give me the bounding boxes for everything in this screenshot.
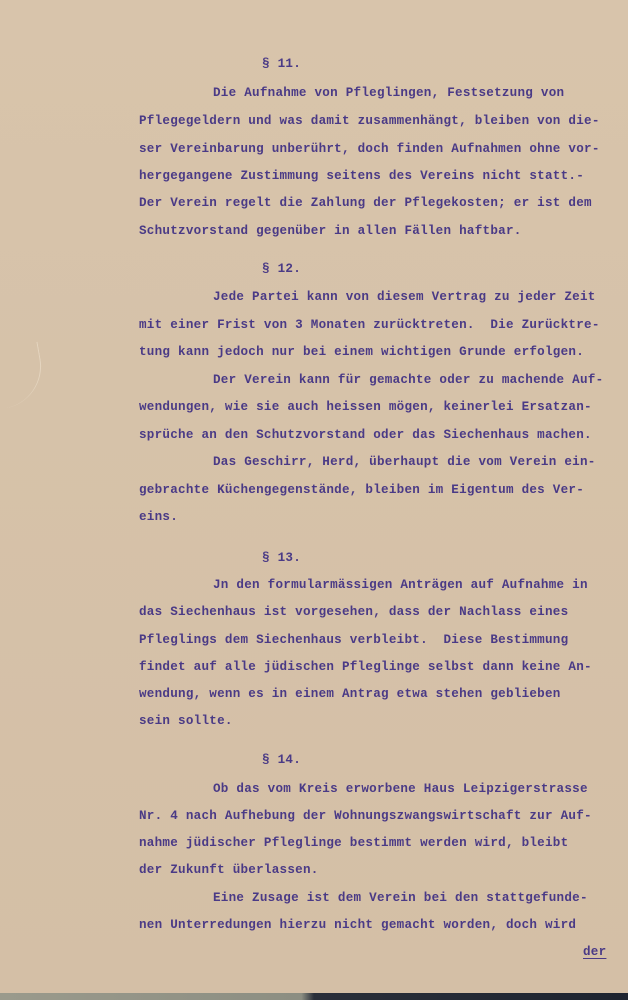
catchword: der [583,938,606,966]
section-12-line: Der Verein kann für gemachte oder zu mac… [213,366,603,394]
section-13-line: Pfleglings dem Siechenhaus verbleibt. Di… [139,626,568,654]
section-12-line: eins. [139,503,178,531]
section-13-line: sein sollte. [139,707,233,735]
section-14-heading: § 14. [262,746,301,774]
section-14-line: Nr. 4 nach Aufhebung der Wohnungszwangsw… [139,802,592,830]
section-12-line: Das Geschirr, Herd, überhaupt die vom Ve… [213,448,596,476]
section-11-heading: § 11. [262,50,301,78]
section-11-line: Pflegegeldern und was damit zusammenhäng… [139,107,600,135]
section-14-line: der Zukunft überlassen. [139,856,319,884]
section-11-line: ser Vereinbarung unberührt, doch finden … [139,135,600,163]
section-12-line: wendungen, wie sie auch heissen mögen, k… [139,393,592,421]
section-13-heading: § 13. [262,544,301,572]
section-14-line: nahme jüdischer Pfleglinge bestimmt werd… [139,829,568,857]
section-11-line: hergegangene Zustimmung seitens des Vere… [139,162,584,190]
section-11-line: Die Aufnahme von Pfleglingen, Festsetzun… [213,79,564,107]
paper-crease [0,342,48,409]
section-12-line: mit einer Frist von 3 Monaten zurücktret… [139,311,600,339]
section-13-line: Jn den formularmässigen Anträgen auf Auf… [213,571,588,599]
section-14-line: nen Unterredungen hierzu nicht gemacht w… [139,911,576,939]
section-12-line: gebrachte Küchengegenstände, bleiben im … [139,476,584,504]
section-13-line: das Siechenhaus ist vorgesehen, dass der… [139,598,568,626]
document-page: § 11. Die Aufnahme von Pfleglingen, Fest… [0,0,628,993]
section-14-line: Eine Zusage ist dem Verein bei den statt… [213,884,588,912]
section-12-line: Jede Partei kann von diesem Vertrag zu j… [213,283,596,311]
scan-background-strip [0,993,628,1000]
section-13-line: wendung, wenn es in einem Antrag etwa st… [139,680,561,708]
section-13-line: findet auf alle jüdischen Pfleglinge sel… [139,653,592,681]
section-12-line: sprüche an den Schutzvorstand oder das S… [139,421,592,449]
section-11-line: Schutzvorstand gegenüber in allen Fällen… [139,217,522,245]
section-12-heading: § 12. [262,255,301,283]
section-12-line: tung kann jedoch nur bei einem wichtigen… [139,338,584,366]
section-11-line: Der Verein regelt die Zahlung der Pflege… [139,189,592,217]
section-14-line: Ob das vom Kreis erworbene Haus Leipzige… [213,775,588,803]
